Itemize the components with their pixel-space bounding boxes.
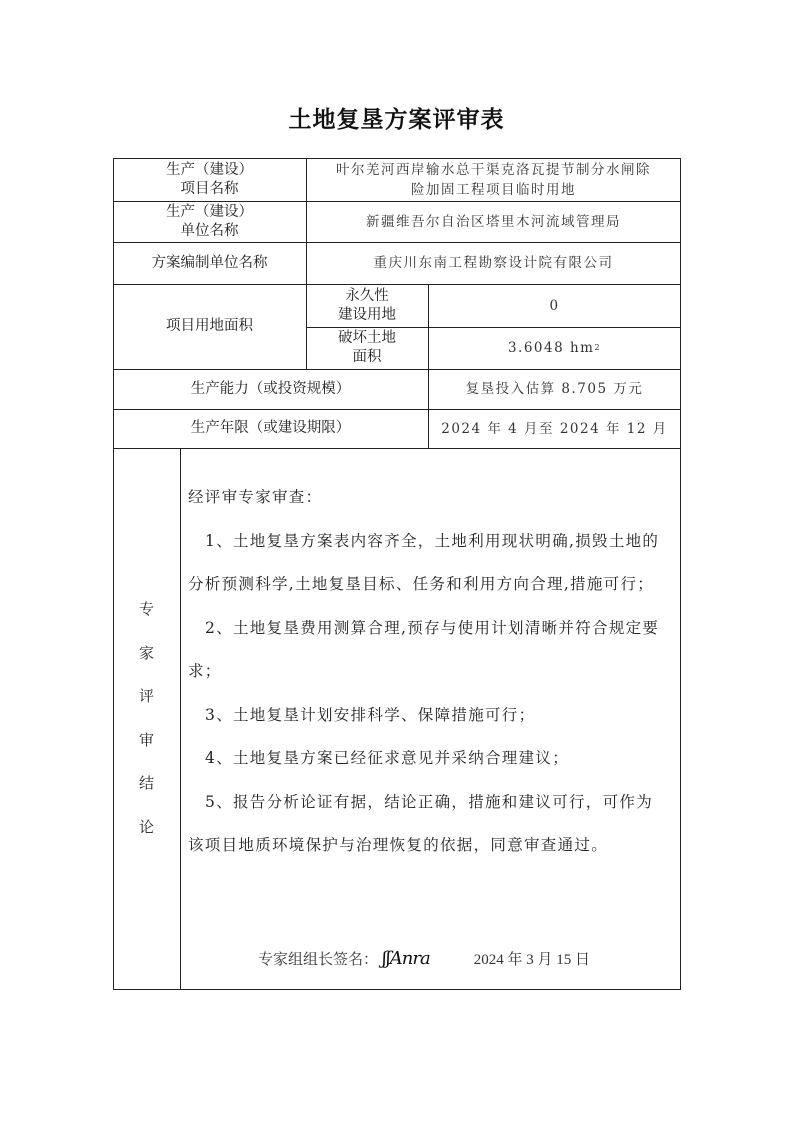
project-name-value: 叶尔羌河西岸输水总干渠克洛瓦提节制分水闸除 险加固工程项目临时用地 (306, 158, 681, 201)
conclusion-item-5: 5、报告分析论证有据，结论正确，措施和建议可行，可作为该项目地质环境保护与治理恢… (188, 781, 668, 868)
label-line: 生产（建设） (166, 203, 253, 222)
handwritten-signature: ʃʃAnra (382, 948, 430, 969)
unit-superscript: 2 (594, 338, 601, 358)
conclusion-item-4: 4、土地复垦方案已经征求意见并采纳合理建议； (188, 737, 668, 781)
damaged-land-number: 3.6048 hm (508, 338, 595, 358)
capacity-value: 复垦投入估算 8.705 万元 (428, 369, 681, 409)
side-char: 论 (139, 806, 154, 850)
value-line: 叶尔羌河西岸输水总干渠克洛瓦提节制分水闸除 (336, 160, 651, 180)
conclusion-intro: 经评审专家审查： (188, 476, 668, 520)
signature-date: 2024 年 3 月 15 日 (474, 948, 590, 969)
label-line: 面积 (353, 348, 382, 367)
label-line: 建设用地 (338, 306, 396, 325)
conclusion-item-2: 2、土地复垦费用测算合理,预存与使用计划清晰并符合规定要求； (188, 607, 668, 694)
side-char: 审 (139, 719, 154, 763)
side-char: 家 (139, 632, 154, 676)
side-char: 专 (139, 588, 154, 632)
unit-name-label: 生产（建设） 单位名称 (113, 201, 306, 242)
conclusion-item-1: 1、土地复垦方案表内容齐全，土地利用现状明确,损毁土地的分析预测科学,土地复垦目… (188, 520, 668, 607)
label-line: 单位名称 (181, 222, 239, 241)
damaged-land-label: 破坏土地 面积 (306, 327, 428, 369)
unit-name-value: 新疆维吾尔自治区塔里木河流域管理局 (306, 201, 681, 242)
signature-label: 专家组组长签名： (258, 948, 378, 969)
conclusion-body: 经评审专家审查： 1、土地复垦方案表内容齐全，土地利用现状明确,损毁土地的分析预… (188, 476, 668, 868)
period-label: 生产年限（或建设期限） (113, 409, 428, 448)
damaged-land-value: 3.6048 hm2 (428, 327, 681, 369)
plan-compiler-label: 方案编制单位名称 (113, 242, 306, 284)
label-line: 破坏土地 (338, 329, 396, 348)
conclusion-side-label: 专 家 评 审 结 论 (113, 448, 180, 989)
land-area-label: 项目用地面积 (113, 284, 306, 369)
document-title: 土地复垦方案评审表 (0, 101, 793, 134)
signature-line: 专家组组长签名： ʃʃAnra 2024 年 3 月 15 日 (258, 945, 678, 971)
value-line: 险加固工程项目临时用地 (411, 180, 576, 200)
permanent-land-value: 0 (428, 284, 681, 327)
label-line: 项目名称 (181, 180, 239, 199)
capacity-label: 生产能力（或投资规模） (113, 369, 428, 409)
col-divider (180, 448, 181, 989)
label-line: 生产（建设） (166, 161, 253, 180)
row-divider (113, 448, 681, 449)
project-name-label: 生产（建设） 项目名称 (113, 158, 306, 201)
side-char: 评 (139, 675, 154, 719)
plan-compiler-value: 重庆川东南工程勘察设计院有限公司 (306, 242, 681, 284)
conclusion-item-3: 3、土地复垦计划安排科学、保障措施可行； (188, 694, 668, 738)
permanent-land-label: 永久性 建设用地 (306, 284, 428, 327)
label-line: 永久性 (345, 287, 389, 306)
period-value: 2024 年 4 月至 2024 年 12 月 (428, 409, 681, 448)
side-char: 结 (139, 762, 154, 806)
